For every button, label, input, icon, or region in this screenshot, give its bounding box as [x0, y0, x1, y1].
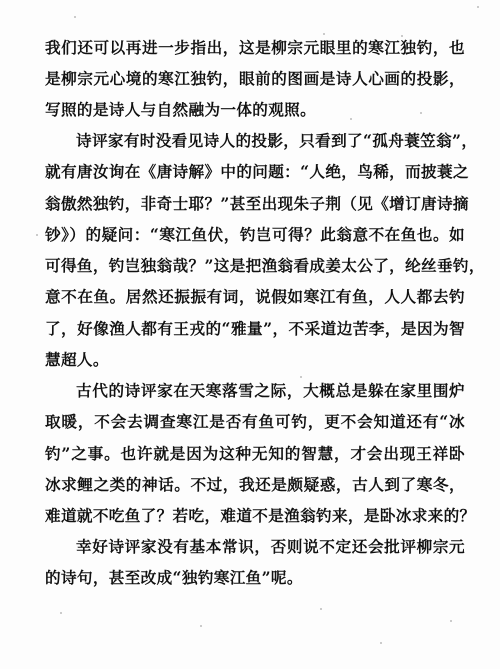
text-line: 钓”之事。也许就是因为这种无知的智慧，才会出现王祥卧	[45, 443, 465, 465]
text-line: 翁傲然独钓，非奇士耶？”甚至出现朱子荆（见《增订唐诗摘	[45, 193, 465, 215]
scan-speck	[323, 33, 325, 35]
text-line: 就有唐汝询在《唐诗解》中的问题：“人绝，鸟稀，而披蓑之	[45, 161, 465, 183]
scan-speck	[60, 612, 62, 614]
text-line: 写照的是诗人与自然融为一体的观照。	[45, 99, 465, 121]
text-line: 钞》）的疑问：“寒江鱼伏，钓岂可得？此翁意不在鱼也。如	[45, 224, 465, 246]
text-line: 是柳宗元心境的寒江独钓，眼前的图画是诗人心画的投影，	[45, 68, 465, 90]
text-line: 诗评家有时没看见诗人的投影，只看到了“孤舟蓑笠翁”，	[76, 130, 465, 152]
scan-speck	[320, 608, 322, 610]
text-line: 慧超人。	[45, 349, 465, 371]
text-line: 了，好像渔人都有王戎的“雅量”，不采道边苦李，是因为智	[45, 318, 465, 340]
scan-speck	[350, 118, 352, 120]
text-line: 我们还可以再进一步指出，这是柳宗元眼里的寒江独钓，也	[45, 37, 465, 59]
scan-speck	[74, 16, 76, 18]
text-line: 意不在鱼。居然还振振有词，说假如寒江有鱼，人人都去钓	[45, 286, 465, 308]
text-line: 的诗句，甚至改成“独钓寒江鱼”呢。	[45, 567, 465, 589]
text-line: 难道就不吃鱼了？若吃，难道不是渔翁钓来，是卧冰求来的？	[45, 505, 465, 527]
text-line: 取暖，不会去调查寒江是否有鱼可钓，更不会知道还有“冰	[45, 411, 465, 433]
text-line: 古代的诗评家在天寒落雪之际，大概总是躲在家里围炉	[76, 380, 465, 402]
scan-speck	[380, 642, 382, 644]
scan-speck	[420, 112, 422, 114]
text-line: 可得鱼，钓岂独翁哉？”这是把渔翁看成姜太公了，纶丝垂钓，	[45, 255, 465, 277]
text-line: 幸好诗评家没有基本常识，否则说不定还会批评柳宗元	[76, 536, 465, 558]
scan-speck	[200, 625, 202, 627]
scan-speck	[300, 376, 302, 378]
scan-speck	[401, 35, 403, 37]
scan-speck	[477, 6, 479, 8]
scanned-book-page: 我们还可以再进一步指出，这是柳宗元眼里的寒江独钓，也 是柳宗元心境的寒江独钓，眼…	[0, 0, 500, 669]
scan-speck	[36, 234, 38, 236]
text-line: 冰求鲤之类的神话。不过，我还是颇疑惑，古人到了寒冬，	[45, 474, 465, 496]
scan-speck	[450, 620, 452, 622]
